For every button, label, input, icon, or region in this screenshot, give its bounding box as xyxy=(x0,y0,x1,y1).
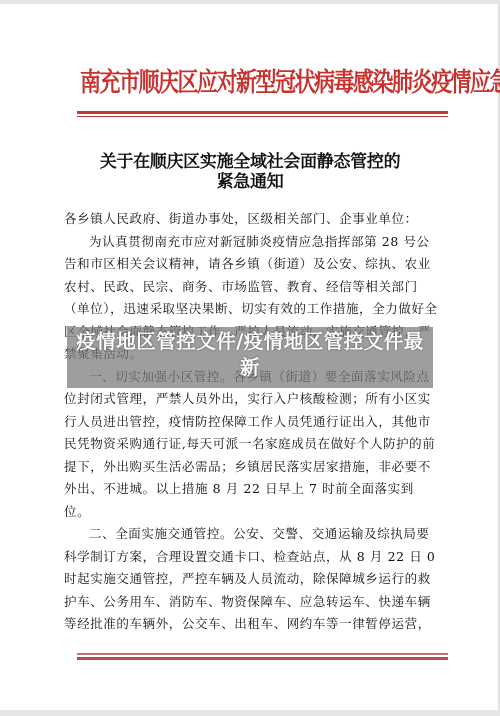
header-red-rule xyxy=(77,111,448,114)
document-body: 各乡镇人民政府、街道办事处，区级相关部门、企事业单位： 为认真贯彻南充市应对新冠… xyxy=(64,208,439,636)
salutation: 各乡镇人民政府、街道办事处，区级相关部门、企事业单位： xyxy=(64,208,439,231)
paragraph-community-control: 一、切实加强小区管控。各乡镇（街道）要全面落实风险点位封闭式管理，严禁人员外出，… xyxy=(64,366,439,524)
footer-red-rule-thick xyxy=(77,657,448,660)
header-red-rule-thin xyxy=(77,116,448,117)
document-title-line2: 紧急通知 xyxy=(60,167,440,192)
paragraph-traffic-control: 二、全面实施交通管控。公安、交警、交通运输及综执局要科学制订方案，合理设置交通卡… xyxy=(64,523,439,636)
footer-red-rule xyxy=(77,653,448,655)
issuer-header: 南充市顺庆区应对新型冠状病毒感染肺炎疫情应急指挥部办公室 xyxy=(80,62,450,100)
caption-text: 疫情地区管控文件/疫情地区管控文件最新 xyxy=(67,329,433,381)
